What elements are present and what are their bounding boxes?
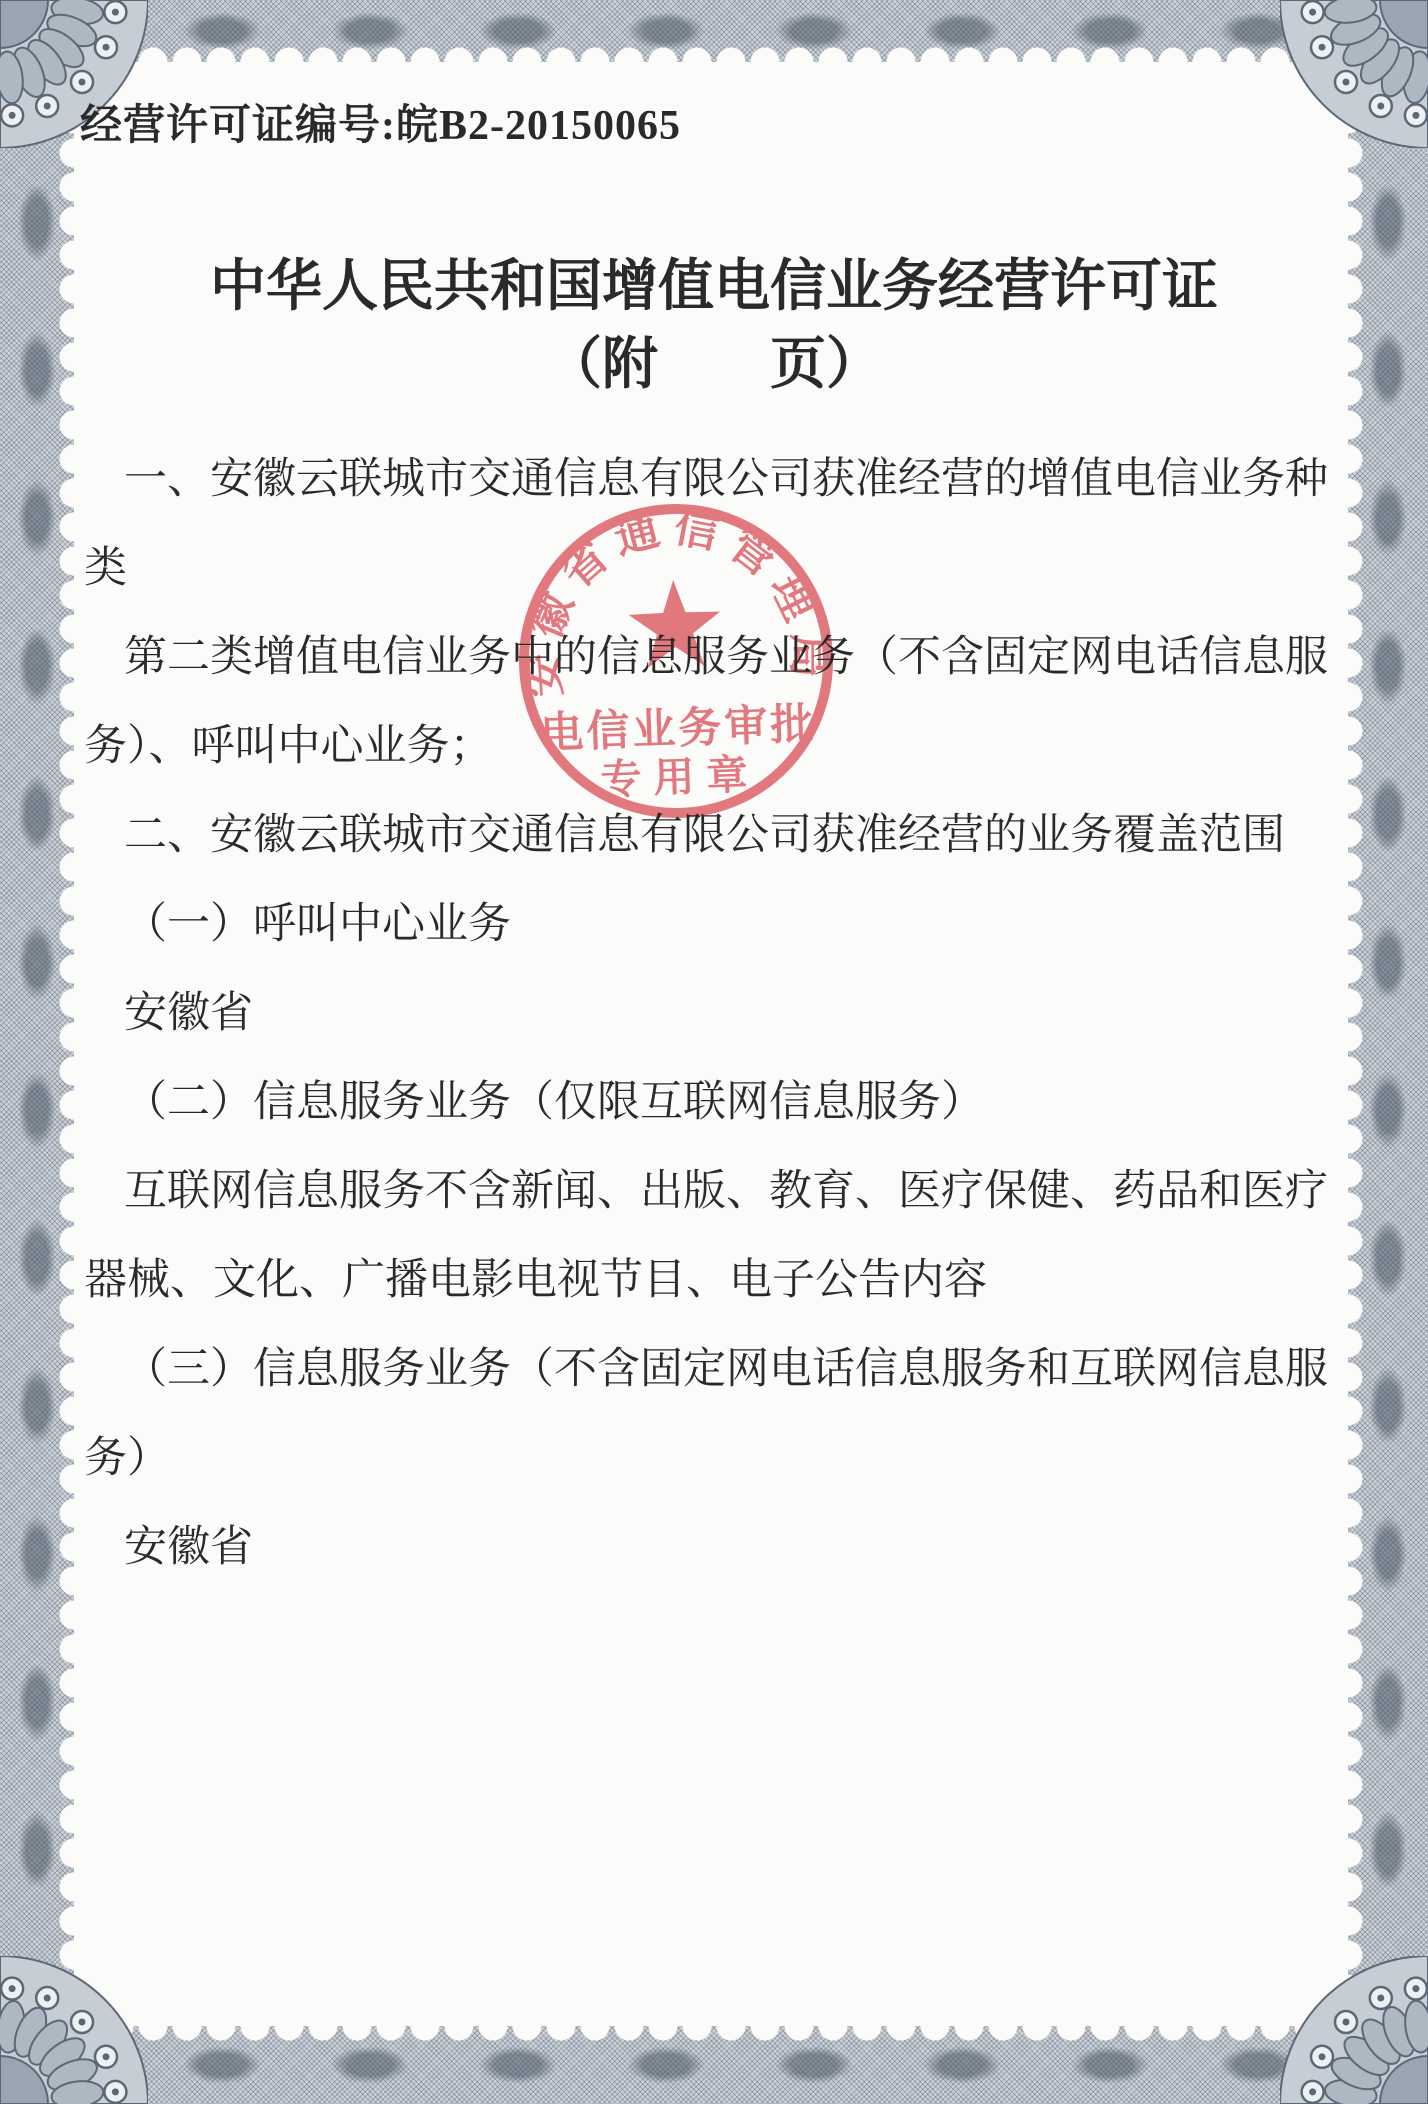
border-top xyxy=(0,0,1428,62)
body-line: 第二类增值电信业务中的信息服务业务（不含固定网电话信息服 xyxy=(84,633,1374,722)
body-line: 安徽省 xyxy=(84,989,1374,1078)
certificate-title: 中华人民共和国增值电信业务经营许可证 xyxy=(0,242,1428,322)
certificate-body: 一、安徽云联城市交通信息有限公司获准经营的增值电信业务种 类 第二类增值电信业务… xyxy=(84,455,1374,1612)
body-line: 安徽省 xyxy=(84,1523,1374,1612)
body-line: 类 xyxy=(84,544,1374,633)
body-line: （一）呼叫中心业务 xyxy=(84,900,1374,989)
body-line: 互联网信息服务不含新闻、出版、教育、医疗保健、药品和医疗 xyxy=(84,1167,1374,1256)
body-line: （三）信息服务业务（不含固定网电话信息服务和互联网信息服 xyxy=(84,1345,1374,1434)
certificate-page: 安徽省通信管理局 电信业务审批 专用章 经营许可证编号:皖B2-20150065… xyxy=(0,0,1428,2104)
corner-rosette-icon xyxy=(0,1956,148,2104)
border-bottom xyxy=(0,2026,1428,2104)
body-line: 器械、文化、广播电影电视节目、电子公告内容 xyxy=(84,1256,1374,1345)
body-line: 二、安徽云联城市交通信息有限公司获准经营的业务覆盖范围 xyxy=(84,811,1374,900)
body-line: 一、安徽云联城市交通信息有限公司获准经营的增值电信业务种 xyxy=(84,455,1374,544)
body-line: 务） xyxy=(84,1434,1374,1523)
body-line: 务）、呼叫中心业务； xyxy=(84,722,1374,811)
certificate-subtitle: （附 页） xyxy=(0,320,1428,400)
body-line: （二）信息服务业务（仅限互联网信息服务） xyxy=(84,1078,1374,1167)
corner-rosette-icon xyxy=(1280,1956,1428,2104)
corner-rosette-icon xyxy=(1280,0,1428,148)
license-number: 经营许可证编号:皖B2-20150065 xyxy=(80,92,681,152)
